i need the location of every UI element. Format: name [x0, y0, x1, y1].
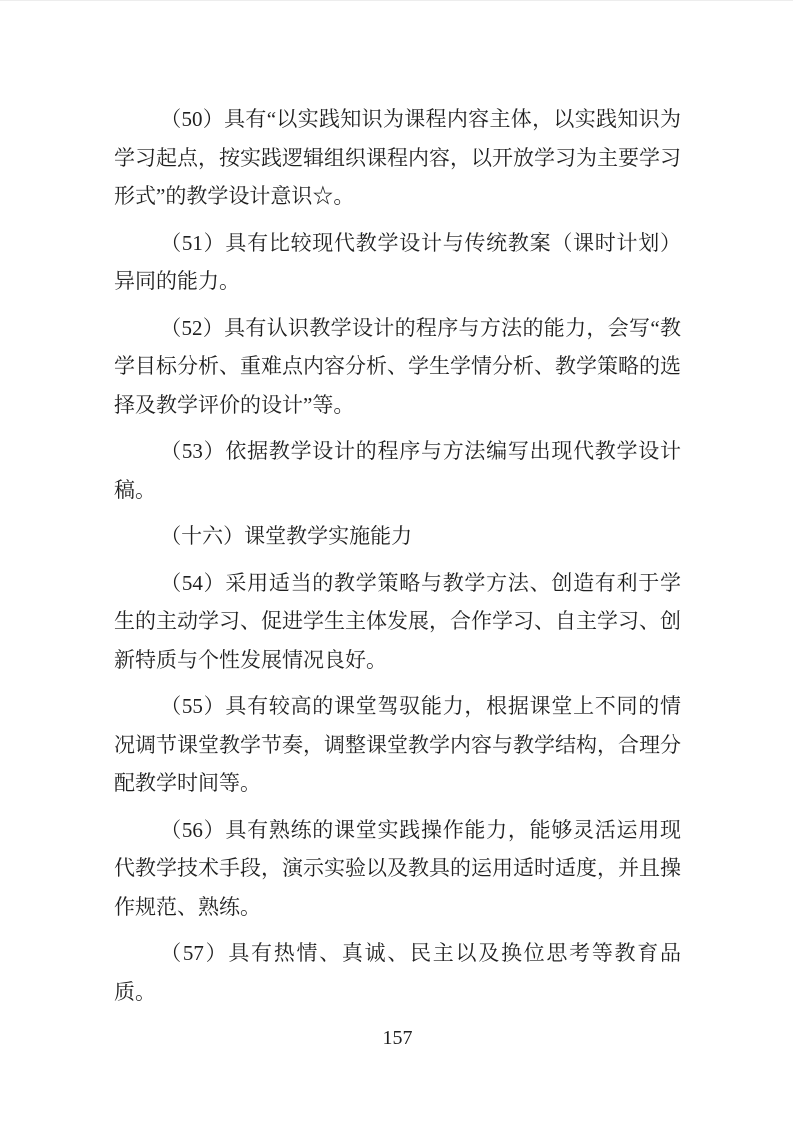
paragraph-item-56: （56）具有熟练的课堂实践操作能力，能够灵活运用现代教学技术手段，演示实验以及教… — [114, 811, 681, 927]
section-heading-16: （十六）课堂教学实施能力 — [114, 517, 681, 556]
page-number: 157 — [114, 1025, 681, 1051]
document-page: （50）具有“以实践知识为课程内容主体，以实践知识为学习起点，按实践逻辑组织课程… — [0, 0, 793, 1122]
paragraph-item-57: （57）具有热情、真诚、民主以及换位思考等教育品质。 — [114, 934, 681, 1011]
paragraph-item-52: （52）具有认识教学设计的程序与方法的能力，会写“教学目标分析、重难点内容分析、… — [114, 309, 681, 425]
paragraph-item-53: （53）依据教学设计的程序与方法编写出现代教学设计稿。 — [114, 432, 681, 509]
paragraph-item-50: （50）具有“以实践知识为课程内容主体，以实践知识为学习起点，按实践逻辑组织课程… — [114, 100, 681, 216]
paragraph-item-54: （54）采用适当的教学策略与教学方法、创造有利于学生的主动学习、促进学生主体发展… — [114, 564, 681, 680]
paragraph-item-51: （51）具有比较现代教学设计与传统教案（课时计划）异同的能力。 — [114, 224, 681, 301]
paragraph-item-55: （55）具有较高的课堂驾驭能力，根据课堂上不同的情况调节课堂教学节奏，调整课堂教… — [114, 687, 681, 803]
